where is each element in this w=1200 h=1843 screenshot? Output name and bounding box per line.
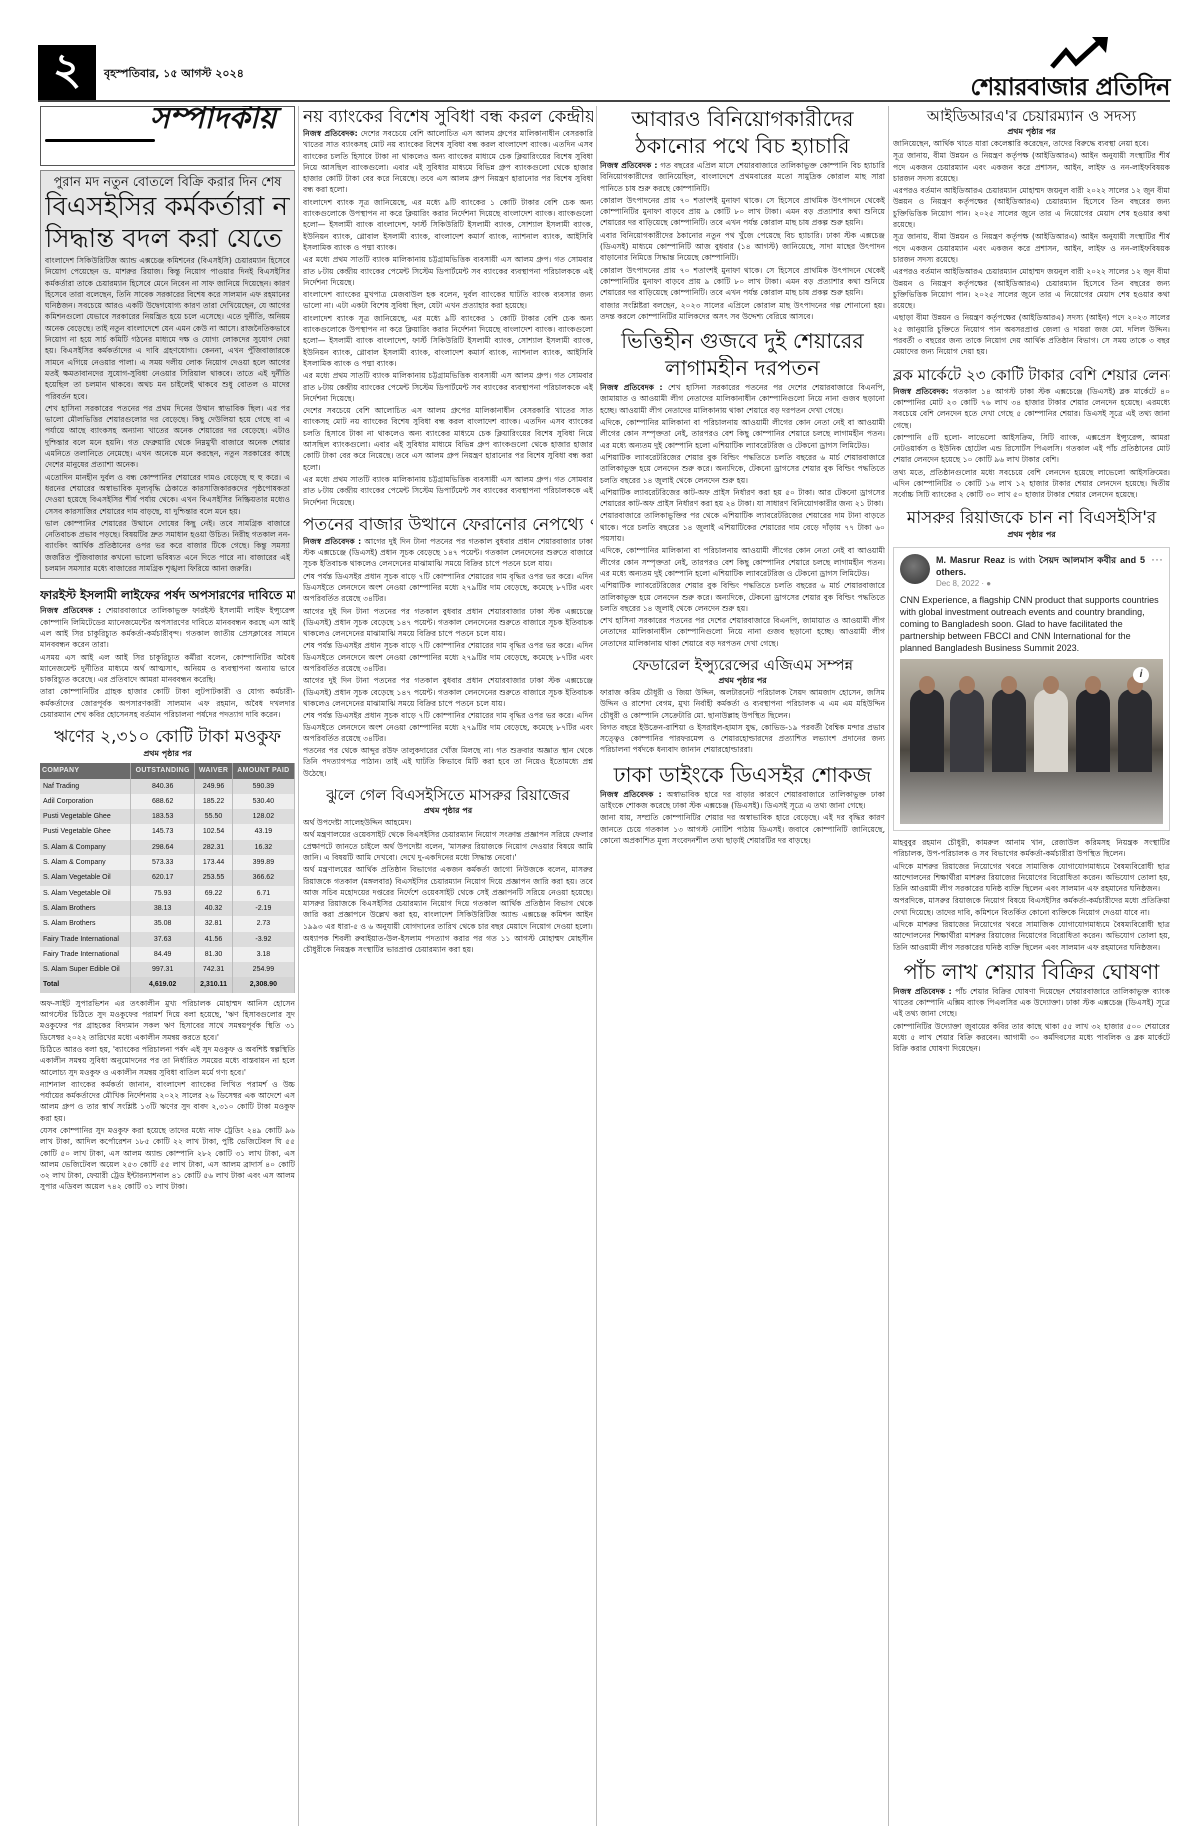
article-headline-line2: লাগামহীন দরপতন bbox=[600, 355, 885, 382]
column-1: সম্পাদকীয় পুরান মদ নতুন বোতলে বিক্রি কর… bbox=[40, 106, 295, 1826]
signing-table bbox=[900, 772, 1163, 824]
editorial-label: সম্পাদকীয় bbox=[150, 113, 276, 124]
continued-label: প্রথম পৃষ্ঠার পর bbox=[40, 748, 295, 760]
post-author-line: M. Masrur Reaz is with সৈয়দ আলমাস কবীর … bbox=[936, 554, 1145, 578]
cell-company: Pusti Vegetable Ghee bbox=[40, 824, 130, 839]
table-row: Pusti Vegetable Ghee183.5355.50128.02 bbox=[40, 809, 295, 824]
cell-company: Adil Corporation bbox=[40, 794, 130, 809]
post-date-line: Dec 8, 2022 · ● bbox=[936, 578, 1145, 589]
cell-amount-paid: -3.92 bbox=[232, 932, 294, 947]
masthead-divider bbox=[38, 100, 1170, 102]
article-paragraph: এদিকে মাশরুর রিয়াজের নিয়োগের খবরে সামা… bbox=[893, 919, 1170, 953]
cell-company: S. Alam Super Edible Oil bbox=[40, 962, 130, 977]
post-date: Dec 8, 2022 · bbox=[936, 579, 986, 588]
article-paragraph: যেসব কোম্পানির সুদ মওকুফ করা হয়েছে তাদে… bbox=[40, 1125, 295, 1193]
cell-outstanding: 38.13 bbox=[130, 901, 194, 916]
post-header: M. Masrur Reaz is with সৈয়দ আলমাস কবীর … bbox=[900, 554, 1163, 589]
article-paragraph: ন্যাশনাল ব্যাংকের কর্মকর্তা জানান, বাংলা… bbox=[40, 1079, 295, 1124]
continued-label: প্রথম পৃষ্ঠার পর bbox=[600, 675, 885, 687]
avatar bbox=[900, 554, 930, 584]
cell-outstanding: 35.08 bbox=[130, 916, 194, 931]
column-divider bbox=[298, 106, 299, 1826]
article-paragraph: এসময় এস আই এল আই সির চাকুরিচ্যুত কর্মীর… bbox=[40, 652, 295, 686]
article-paragraph: কোম্পানি ৫টি হলো- লাভেলো আইসক্রিম, সিটি … bbox=[893, 432, 1170, 466]
article-paragraph: আগের দুই দিন টানা পতনের পর গতকাল বুধবার … bbox=[303, 606, 593, 640]
article-paragraph: সূত্র জানায়, বীমা উন্নয়ন ও নিয়ন্ত্রণ … bbox=[893, 150, 1170, 184]
cell-company: S. Alam Vegetable Oil bbox=[40, 870, 130, 885]
article-headline: পতনের বাজার উত্থানে ফেরানোর নেপথ্যে ৭ শে… bbox=[303, 514, 593, 536]
article-headline: আইডিআরএ'র চেয়ারম্যান ও সদস্য bbox=[893, 106, 1170, 126]
article-loan-waiver: ঋণের ২,৩১০ কোটি টাকা মওকুফ প্রথম পৃষ্ঠার… bbox=[40, 726, 295, 1193]
article-headline: ফারইস্ট ইসলামী লাইফের পর্ষদ অপসারণের দাব… bbox=[40, 585, 295, 605]
post-author: M. Masrur Reaz bbox=[936, 555, 1005, 565]
loan-waiver-table: COMPANY OUTSTANDING WAIVER AMOUNT PAID N… bbox=[40, 763, 295, 992]
cell-outstanding: 298.64 bbox=[130, 840, 194, 855]
column-3: আবারও বিনিয়োগকারীদের ঠকানোর পথে বিচ হ্য… bbox=[600, 106, 885, 1826]
column-4: আইডিআরএ'র চেয়ারম্যান ও সদস্য প্রথম পৃষ্… bbox=[893, 106, 1170, 1826]
column-divider bbox=[596, 106, 597, 1826]
table-row: S. Alam Brothers35.0832.812.73 bbox=[40, 916, 295, 931]
post-photo: i bbox=[900, 659, 1163, 824]
post-tagged: সৈয়দ আলমাস কবীর bbox=[1039, 555, 1116, 565]
byline: নিজস্ব প্রতিবেদক : bbox=[600, 161, 657, 170]
article-paragraph: এশিয়াটিক ল্যাবরেটরিজের শেয়ার বুক বিল্ড… bbox=[600, 580, 885, 614]
table-row: S. Alam & Company298.64282.3116.32 bbox=[40, 840, 295, 855]
cell-amount-paid: 530.40 bbox=[232, 794, 294, 809]
cell-total-outstanding: 4,619.02 bbox=[130, 977, 194, 992]
table-row: S. Alam Vegetable Oil620.17253.55366.62 bbox=[40, 870, 295, 885]
page-number: ২ bbox=[38, 45, 96, 100]
cell-outstanding: 997.31 bbox=[130, 962, 194, 977]
cell-company: S. Alam & Company bbox=[40, 855, 130, 870]
editorial-headline-line2: সিদ্ধান্ত বদল করা যেতে পারে bbox=[45, 223, 290, 255]
article-headline-line1: ভিত্তিহীন গুজবে দুই শেয়ারের bbox=[600, 328, 885, 355]
article-paragraph: এদিকে, কোম্পানির মালিকানা বা পরিচালনায় … bbox=[600, 417, 885, 451]
cell-total-waiver: 2,310.11 bbox=[195, 977, 232, 992]
byline: নিজস্ব প্রতিবেদক : bbox=[303, 537, 361, 546]
article-paragraph: শেখ হাসিনা সরকারের পতনের পর দেশের শেয়ার… bbox=[600, 615, 885, 649]
cell-company: Naf Trading bbox=[40, 779, 130, 794]
info-icon: i bbox=[1133, 667, 1149, 683]
cell-amount-paid: 590.39 bbox=[232, 779, 294, 794]
table-row: Adil Corporation688.62185.22530.40 bbox=[40, 794, 295, 809]
article-paragraph: কোরাল উৎপাদনের প্রায় ৭০ শতাংশই মুনাফা থ… bbox=[600, 195, 885, 229]
col-header-amount-paid: AMOUNT PAID bbox=[232, 763, 294, 778]
article-paragraph: এরপরও বর্তমান আইডিআরএ চেয়ারম্যান মোহাম্… bbox=[893, 266, 1170, 311]
article-paragraph: তথ্য মতে, প্রতিষ্ঠানগুলোর মধ্যে সবচেয়ে … bbox=[893, 467, 1170, 501]
article-paragraph: কোরাল উৎপাদনের প্রায় ৭০ শতাংশই মুনাফা থ… bbox=[600, 265, 885, 299]
cell-waiver: 282.31 bbox=[195, 840, 232, 855]
cell-total-amount-paid: 2,308.90 bbox=[232, 977, 294, 992]
article-exim-share-sale: পাঁচ লাখ শেয়ার বিক্রির ঘোষণা নিজস্ব প্র… bbox=[893, 959, 1170, 1055]
editorial-headline-line1: বিএসইসির কর্মকর্তারা না চাইলে bbox=[45, 191, 290, 223]
cell-amount-paid: 3.18 bbox=[232, 947, 294, 962]
editorial-kicker: পুরান মদ নতুন বোতলে বিক্রি করার দিন শেষ bbox=[45, 174, 290, 191]
article-paragraph: অর্থ উপদেষ্টা সালেহউদ্দিন আহমেদ। bbox=[303, 817, 593, 828]
article-headline: ফেডারেল ইন্স্যুরেন্সের এজিএম সম্পন্ন bbox=[600, 655, 885, 675]
cell-amount-paid: 43.19 bbox=[232, 824, 294, 839]
article-paragraph: দেশের সবচেয়ে বেশি আলোচিত এস আলম গ্রুপের… bbox=[303, 405, 593, 473]
table-row: Pusti Vegetable Ghee145.73102.5443.19 bbox=[40, 824, 295, 839]
table-row: S. Alam Brothers38.1340.32-2.19 bbox=[40, 901, 295, 916]
article-paragraph: অর্থ মন্ত্রণালয়ের ওয়েবসাইট থেকে বিএসইস… bbox=[303, 829, 593, 863]
cell-outstanding: 84.49 bbox=[130, 947, 194, 962]
article-paragraph: শেষ পর্যন্ত ডিএসইর প্রধান সূচক বাড়ে ৭টি… bbox=[303, 640, 593, 674]
post-with: is with bbox=[1009, 555, 1035, 565]
column-divider bbox=[888, 106, 889, 1826]
cell-waiver: 185.22 bbox=[195, 794, 232, 809]
cell-outstanding: 37.63 bbox=[130, 932, 194, 947]
article-beach-hatchery: আবারও বিনিয়োগকারীদের ঠকানোর পথে বিচ হ্য… bbox=[600, 106, 885, 322]
article-paragraph: শেষ পর্যন্ত ডিএসইর প্রধান সূচক বাড়ে ৭টি… bbox=[303, 571, 593, 605]
cell-company: Fairy Trade International bbox=[40, 947, 130, 962]
continued-label: প্রথম পৃষ্ঠার পর bbox=[303, 805, 593, 817]
col-header-outstanding: OUTSTANDING bbox=[130, 763, 194, 778]
continued-label: প্রথম পৃষ্ঠার পর bbox=[893, 529, 1170, 541]
cell-waiver: 69.22 bbox=[195, 886, 232, 901]
article-paragraph: অফ-সাইট সুপারভিশন এর তৎকালীন মুখ্য পরিচা… bbox=[40, 998, 295, 1043]
cell-amount-paid: 128.02 bbox=[232, 809, 294, 824]
cell-outstanding: 620.17 bbox=[130, 870, 194, 885]
article-headline: পাঁচ লাখ শেয়ার বিক্রির ঘোষণা bbox=[893, 959, 1170, 986]
article-paragraph: দেশের সবচেয়ে বেশি আলোচিত এস আলম গ্রুপের… bbox=[303, 129, 593, 194]
cell-waiver: 40.32 bbox=[195, 901, 232, 916]
article-dhaka-dyeing: ঢাকা ডাইংকে ডিএসইর শোকজ নিজস্ব প্রতিবেদক… bbox=[600, 762, 885, 846]
cell-waiver: 32.81 bbox=[195, 916, 232, 931]
cell-company: S. Alam Brothers bbox=[40, 916, 130, 931]
article-headline: ঋণের ২,৩১০ কোটি টাকা মওকুফ bbox=[40, 726, 295, 748]
article-headline: নয় ব্যাংকের বিশেষ সুবিধা বন্ধ করল কেন্দ… bbox=[303, 106, 593, 128]
editorial-paragraph: ভাল কোম্পানির শেয়ারের উত্থানে দোষের কিছ… bbox=[45, 518, 290, 574]
article-headline-line1: আবারও বিনিয়োগকারীদের bbox=[600, 106, 885, 133]
table-row: Fairy Trade International37.6341.56-3.92 bbox=[40, 932, 295, 947]
article-headline: ঢাকা ডাইংকে ডিএসইর শোকজ bbox=[600, 762, 885, 789]
cell-company: S. Alam Brothers bbox=[40, 901, 130, 916]
more-options-icon: ··· bbox=[1151, 554, 1163, 565]
cell-waiver: 102.54 bbox=[195, 824, 232, 839]
article-paragraph: কোম্পানিটির উদ্যোক্তা জুবায়ের কবির তার … bbox=[893, 1021, 1170, 1055]
newspaper-logo: শেয়ারবাজার প্রতিদিন bbox=[970, 51, 1170, 99]
article-paragraph: অপরদিকে, মাসরুর রিয়াজকে নিয়োগ বিষয়ে ব… bbox=[893, 895, 1170, 918]
table-total-row: Total4,619.022,310.112,308.90 bbox=[40, 977, 295, 992]
article-paragraph: আগের দুই দিন টানা পতনের পর গতকাল বুধবার … bbox=[303, 675, 593, 709]
article-nine-banks: নয় ব্যাংকের বিশেষ সুবিধা বন্ধ করল কেন্দ… bbox=[303, 106, 593, 508]
article-paragraph: পতনের পর থেকে আব্দুর রউফ তালুকদারের খোঁজ… bbox=[303, 745, 593, 779]
article-paragraph: অর্থ মন্ত্রণালয়ের আর্থিক প্রতিষ্ঠান বিভ… bbox=[303, 864, 593, 932]
continued-label: প্রথম পৃষ্ঠার পর bbox=[893, 126, 1170, 138]
article-paragraph: বাজার সংশ্লিষ্টরা বলছেন, ২০২৩ সালের এপ্র… bbox=[600, 300, 885, 323]
editorial-article: পুরান মদ নতুন বোতলে বিক্রি করার দিন শেষ … bbox=[40, 170, 295, 579]
article-paragraph: বাংলাদেশ ব্যাংক সূত্র জানিয়েছে, এর মধ্য… bbox=[303, 313, 593, 369]
cell-outstanding: 145.73 bbox=[130, 824, 194, 839]
table-header-row: COMPANY OUTSTANDING WAIVER AMOUNT PAID bbox=[40, 763, 295, 778]
article-idra-chairman: আইডিআরএ'র চেয়ারম্যান ও সদস্য প্রথম পৃষ্… bbox=[893, 106, 1170, 358]
cell-waiver: 742.31 bbox=[195, 962, 232, 977]
article-headline: ব্লক মার্কেটে ২৩ কোটি টাকার বেশি শেয়ার … bbox=[893, 364, 1170, 386]
brand-name: শেয়ারবাজার প্রতিদিন bbox=[970, 75, 1170, 99]
cell-company: S. Alam & Company bbox=[40, 840, 130, 855]
cell-company: Pusti Vegetable Ghee bbox=[40, 809, 130, 824]
column-2: নয় ব্যাংকের বিশেষ সুবিধা বন্ধ করল কেন্দ… bbox=[303, 106, 593, 1826]
article-paragraph: এর মধ্যে প্রথম সাতটি ব্যাংক মালিকানায় চ… bbox=[303, 254, 593, 288]
banner-stroke bbox=[45, 139, 155, 142]
cell-waiver: 249.96 bbox=[195, 779, 232, 794]
article-paragraph: জানা যায়, সম্প্রতি কোম্পানিটির শেয়ার দ… bbox=[600, 812, 885, 846]
article-paragraph: বাংলাদেশ ব্যাংক সূত্র জানিয়েছে, এর মধ্য… bbox=[303, 197, 593, 253]
cell-company: S. Alam Vegetable Oil bbox=[40, 886, 130, 901]
article-paragraph: এদিকে, কোম্পানির মালিকানা বা পরিচালনায় … bbox=[600, 545, 885, 579]
article-paragraph: এর মধ্যে প্রথম সাতটি ব্যাংক মালিকানায় চ… bbox=[303, 474, 593, 508]
article-paragraph: অধ্যাপক শিবলী রুবাইয়াত-উল-ইসলাম পদত্যাগ… bbox=[303, 933, 593, 956]
cell-amount-paid: 16.32 bbox=[232, 840, 294, 855]
cell-company: Fairy Trade International bbox=[40, 932, 130, 947]
cell-waiver: 81.30 bbox=[195, 947, 232, 962]
col-header-waiver: WAIVER bbox=[195, 763, 232, 778]
article-seven-shares: পতনের বাজার উত্থানে ফেরানোর নেপথ্যে ৭ শে… bbox=[303, 514, 593, 779]
article-paragraph: এর মধ্যে প্রথম সাতটি ব্যাংক মালিকানায় চ… bbox=[303, 370, 593, 404]
editorial-paragraph: বাংলাদেশ সিকিউরিটিজ অ্যান্ড এক্সচেঞ্জ কম… bbox=[45, 255, 290, 402]
article-block-market: ব্লক মার্কেটে ২৩ কোটি টাকার বেশি শেয়ার … bbox=[893, 364, 1170, 501]
article-paragraph: এরপরও বর্তমান আইডিআরএ চেয়ারম্যান মোহাম্… bbox=[893, 185, 1170, 230]
article-masrur-opposed: মাসরুর রিয়াজকে চান না বিএসইসি'র প্রথম প… bbox=[893, 507, 1170, 953]
article-paragraph: এদিকে মাশরুর রিয়াজের নিয়োগের খবরে সামা… bbox=[893, 861, 1170, 895]
table-row: S. Alam Super Edible Oil997.31742.31254.… bbox=[40, 962, 295, 977]
table-row: Naf Trading840.36249.96590.39 bbox=[40, 779, 295, 794]
issue-date: বৃহস্পতিবার, ১৫ আগস্ট ২০২৪ bbox=[104, 65, 244, 84]
editorial-paragraph: এতোদিন মানহীন দুর্বল ও বন্ধ কোম্পানির শে… bbox=[45, 472, 290, 517]
article-headline-line2: ঠকানোর পথে বিচ হ্যাচারি bbox=[600, 133, 885, 160]
editorial-banner: সম্পাদকীয় bbox=[40, 106, 295, 166]
cell-waiver: 41.56 bbox=[195, 932, 232, 947]
article-paragraph: এবার বিনিয়োগকারীদের ঠকানোর নতুন পথ খুঁজ… bbox=[600, 230, 885, 264]
facebook-post-screenshot: M. Masrur Reaz is with সৈয়দ আলমাস কবীর … bbox=[893, 547, 1170, 831]
article-paragraph: শেয়ারবাজারে তালিকাভুক্তির পর থেকে এশিয়… bbox=[600, 510, 885, 544]
byline: নিজস্ব প্রতিবেদক : bbox=[893, 987, 952, 996]
article-paragraph: সূত্র জানায়, বীমা উন্নয়ন ও নিয়ন্ত্রণ … bbox=[893, 231, 1170, 265]
cell-waiver: 253.55 bbox=[195, 870, 232, 885]
article-two-shares-fall: ভিত্তিহীন গুজবে দুই শেয়ারের লাগামহীন দর… bbox=[600, 328, 885, 649]
cell-outstanding: 183.53 bbox=[130, 809, 194, 824]
cell-amount-paid: 254.99 bbox=[232, 962, 294, 977]
article-paragraph: জানিয়েছেন, আর্থিক খাতে যারা কেলেঙ্কারি … bbox=[893, 138, 1170, 149]
article-paragraph: মাহবুবুর রহমান চৌধুরী, কামরুল আনাম খান, … bbox=[893, 837, 1170, 860]
byline: নিজস্ব প্রতিবেদক: bbox=[893, 387, 949, 396]
table-row: S. Alam & Company573.33173.44399.89 bbox=[40, 855, 295, 870]
col-header-company: COMPANY bbox=[40, 763, 130, 778]
cell-amount-paid: 366.62 bbox=[232, 870, 294, 885]
article-paragraph: ফারাজ করিম চৌধুরী ও জিয়া উদ্দিন, অলটারন… bbox=[600, 687, 885, 721]
article-headline: ঝুলে গেল বিএসইসিতে মাসরুর রিয়াজের bbox=[303, 785, 593, 805]
article-paragraph: এশিয়াটিক ল্যাবরেটরিজের শেয়ার বুক বিল্ড… bbox=[600, 452, 885, 486]
article-fareast-islami: ফারইস্ট ইসলামী লাইফের পর্ষদ অপসারণের দাব… bbox=[40, 585, 295, 720]
cell-total-label: Total bbox=[40, 977, 130, 992]
cell-amount-paid: 6.71 bbox=[232, 886, 294, 901]
editorial-paragraph: শেখ হাসিনা সরকারের পতনের পর প্রথম দিনের … bbox=[45, 403, 290, 471]
article-paragraph: এছাড়া বীমা উন্নয়ন ও নিয়ন্ত্রণ কর্তৃপক… bbox=[893, 312, 1170, 357]
article-paragraph: শেষ পর্যন্ত ডিএসইর প্রধান সূচক বাড়ে ৭টি… bbox=[303, 710, 593, 744]
byline: নিজস্ব প্রতিবেদক : bbox=[600, 383, 663, 392]
globe-icon: ● bbox=[986, 579, 991, 588]
table-row: S. Alam Vegetable Oil75.9369.226.71 bbox=[40, 886, 295, 901]
cell-outstanding: 573.33 bbox=[130, 855, 194, 870]
article-paragraph: তারা কোম্পানিটির গ্রাহক হাজার কোটি টাকা … bbox=[40, 686, 295, 720]
table-row: Fairy Trade International84.4981.303.18 bbox=[40, 947, 295, 962]
article-masrur-pending: ঝুলে গেল বিএসইসিতে মাসরুর রিয়াজের প্রথম… bbox=[303, 785, 593, 956]
article-paragraph: চিঠিতে আরও বলা হয়, 'ব্যাংকের পরিচালনা প… bbox=[40, 1044, 295, 1078]
cell-amount-paid: 399.89 bbox=[232, 855, 294, 870]
cell-amount-paid: 2.73 bbox=[232, 916, 294, 931]
masthead: ২ বৃহস্পতিবার, ১৫ আগস্ট ২০২৪ শেয়ারবাজার… bbox=[38, 45, 1170, 100]
cell-outstanding: 840.36 bbox=[130, 779, 194, 794]
article-paragraph: বিগত বছরে ইউক্রেন-রাশিয়া ও ইসরাইল-হামাস… bbox=[600, 722, 885, 756]
article-paragraph: এশিয়াটিক ল্যাবরেটরিজের কাট-অফ প্রাইস নি… bbox=[600, 487, 885, 510]
post-text: CNN Experience, a flagship CNN product t… bbox=[900, 594, 1163, 654]
byline: নিজস্ব প্রতিবেদক: bbox=[303, 129, 358, 138]
cell-waiver: 55.50 bbox=[195, 809, 232, 824]
article-federal-insurance-agm: ফেডারেল ইন্স্যুরেন্সের এজিএম সম্পন্ন প্র… bbox=[600, 655, 885, 756]
cell-waiver: 173.44 bbox=[195, 855, 232, 870]
cell-outstanding: 75.93 bbox=[130, 886, 194, 901]
cell-amount-paid: -2.19 bbox=[232, 901, 294, 916]
byline: নিজস্ব প্রতিবেদক : bbox=[600, 790, 662, 799]
cell-outstanding: 688.62 bbox=[130, 794, 194, 809]
article-paragraph: বাংলাদেশ ব্যাংকের মুখপাত্র মেজবাউল হক বল… bbox=[303, 289, 593, 312]
article-headline: মাসরুর রিয়াজকে চান না বিএসইসি'র bbox=[893, 507, 1170, 529]
byline: নিজস্ব প্রতিবেদক : bbox=[40, 606, 101, 615]
